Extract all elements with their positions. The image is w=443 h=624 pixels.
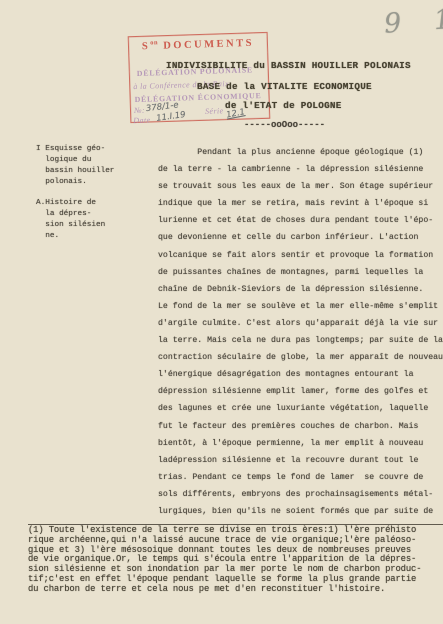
document-page: 9 1 Son DOCUMENTS DÉLÉGATION POLONAISE à… [0,0,443,624]
margin-note-line [36,188,114,199]
body-line: chaîne de Debnik-Sieviors de la dépressi… [158,281,443,298]
margin-note-line: la dépres- [36,209,114,220]
body-line: dépression silésienne emplit lamer, form… [158,383,443,400]
margin-note-line: sion silésien [36,220,114,231]
margin-note-line: polonais. [36,177,114,188]
body-line: Pendant la plus ancienne époque géologiq… [158,144,443,161]
document-title-line-1: INDIVISIBILITE du BASSIN HOUILLER POLONA… [166,60,411,71]
body-line: lurienne et cet état de choses dura pend… [158,212,443,229]
footnote: (1) Toute l'existence de la terre se div… [28,524,443,595]
body-line: se trouvait sous les eaux de la mer. Son… [158,178,443,195]
body-text: Pendant la plus ancienne époque géologiq… [158,144,443,520]
document-title-line-2: BASE de la VITALITE ECONOMIQUE [197,81,372,92]
stamp-serie-label: Série [205,106,224,116]
margin-notes: I Esquisse géo- logique du bassin houill… [36,144,114,242]
body-line: de la terre - la cambrienne - la dépress… [158,161,443,178]
body-line: la terre. Mais cela ne dura pas longtemp… [158,332,443,349]
margin-note-line: A.Histoire de [36,198,114,209]
body-line: que devonienne et celle du carbon inféri… [158,229,443,246]
body-line: contraction séculaire de globe, la mer a… [158,349,443,366]
margin-note-line: bassin houiller [36,166,114,177]
margin-note-line: ne. [36,231,114,242]
body-line: ladépression silésienne et la recouvre d… [158,452,443,469]
body-line: indique que la mer se retira, mais revin… [158,195,443,212]
margin-note-line: logique du [36,155,114,166]
body-line: trias. Pendant ce temps le fond de lamer… [158,469,443,486]
footnote-line: du charbon de terre et cela nous pe met … [28,585,443,595]
body-line: des lagunes et crée une luxuriante végét… [158,400,443,417]
margin-note-line: I Esquisse géo- [36,144,114,155]
body-line: de puissantes chaînes de montagnes, parm… [158,264,443,281]
body-line: bientôt, à l'époque permienne, la mer em… [158,435,443,452]
pencil-page-number: 9 1 [383,3,443,39]
body-line: l'énergique désagrégation des montagnes … [158,366,443,383]
body-line: lurgiques, bien qu'ils ne soient formés … [158,503,443,520]
body-line: sols différents, embryons des prochainsa… [158,486,443,503]
title-separator: -----ooOoo----- [244,120,325,130]
body-line: Le fond de la mer se soulève et la mer e… [158,298,443,315]
body-line: volcanique se fait alors sentir et provo… [158,247,443,264]
document-title-line-3: de l'ETAT de POLOGNE [225,100,342,111]
stamp-number-label: №: [134,106,145,115]
body-line: d'argile culmite. C'est alors qu'apparai… [158,315,443,332]
body-line: fut le facteur des premières couches de … [158,418,443,435]
stamp-date-label: Date [133,116,150,126]
